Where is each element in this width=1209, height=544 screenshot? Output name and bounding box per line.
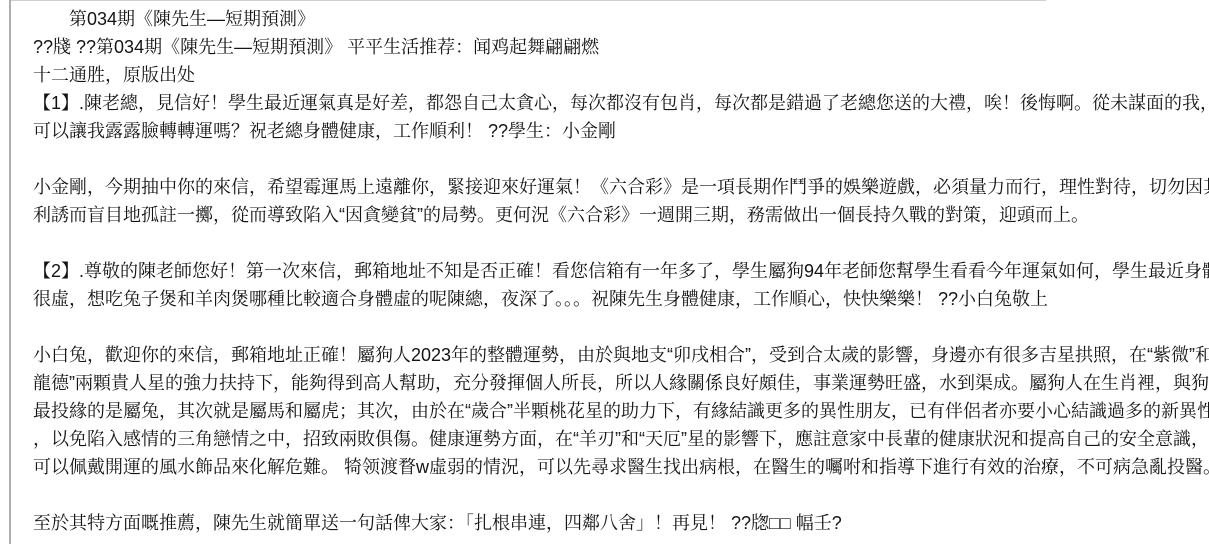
blank-line xyxy=(33,145,1209,173)
document-body: 第034期《陳先生—短期預測》 ??牋 ??第034期《陳先生—短期預測》 平平… xyxy=(0,0,1209,537)
text-line: 【2】.尊敬的陳老師您好！第一次來信，郵箱地址不知是否正確！看您信箱有一年多了，… xyxy=(33,257,1209,285)
text-line: ??牋 ??第034期《陳先生—短期預測》 平平生活推荐：闻鸡起舞翩翩燃 xyxy=(33,33,1209,61)
text-line: 龍德”兩顆貴人星的強力扶持下，能夠得到高人幫助，充分發揮個人所長，所以人緣關係良… xyxy=(33,369,1209,397)
text-line: 至於其特方面嘅推薦，陳先生就簡單送一句話俾大家：「扎根串連，四鄰八舍」！再見！ … xyxy=(33,509,1209,537)
text-line: 利誘而盲目地孤註一擲，從而導致陷入“因貪變貧”的局勢。更何況《六合彩》一週開三期… xyxy=(33,201,1209,229)
text-line: 很虛，想吃兔子煲和羊肉煲哪種比較適合身體虛的呢陳總，夜深了。。。祝陳先生身體健康… xyxy=(33,285,1209,313)
title-line: 第034期《陳先生—短期預測》 xyxy=(33,5,1209,33)
text-line: 可以佩戴開運的風水飾品來化解危難。 犄领渡瞀w虛弱的情況，可以先尋求醫生找出病根… xyxy=(33,453,1209,481)
blank-line xyxy=(33,229,1209,257)
text-line: ，以免陷入感情的三角戀情之中，招致兩敗俱傷。健康運勢方面，在“羊刃”和“天厄”星… xyxy=(33,425,1209,453)
text-line: 可以讓我露露臉轉轉運嗎？祝老總身體健康，工作順利！ ??學生：小金剛 xyxy=(33,117,1209,145)
text-line: 小白兔，歡迎你的來信，郵箱地址正確！屬狗人2023年的整體運勢，由於與地支“卯戌… xyxy=(33,341,1209,369)
text-line: 小金剛，今期抽中你的來信，希望霉運馬上遠離你，緊接迎來好運氣！《六合彩》是一項長… xyxy=(33,173,1209,201)
text-line: 【1】.陳老總，見信好！學生最近運氣真是好差，都怨自己太貪心，每次都沒有包肖，每… xyxy=(33,89,1209,117)
text-line: 最投緣的是屬兔，其次就是屬馬和屬虎；其次，由於在“歲合”半顆桃花星的助力下，有緣… xyxy=(33,397,1209,425)
blank-line xyxy=(33,313,1209,341)
blank-line xyxy=(33,481,1209,509)
text-line: 十二通胜，原版出处 xyxy=(33,61,1209,89)
